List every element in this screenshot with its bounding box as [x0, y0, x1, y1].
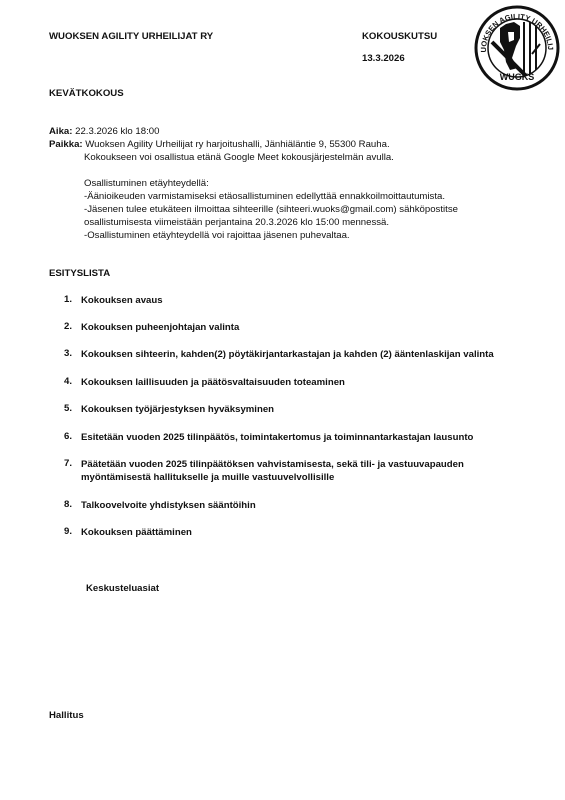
agenda-title: ESITYSLISTA: [49, 268, 110, 279]
organization-name: WUOKSEN AGILITY URHEILIJAT RY: [49, 31, 213, 42]
place-value: Wuoksen Agility Urheilijat ry harjoitush…: [83, 139, 390, 150]
agenda-item-text: Esitetään vuoden 2025 tilinpäätös, toimi…: [81, 431, 473, 444]
agenda-item-number: 2.: [64, 321, 72, 332]
remote-note: Kokoukseen voi osallistua etänä Google M…: [84, 152, 394, 163]
agenda-item-text: Kokouksen päättäminen: [81, 526, 192, 539]
agenda-item-text: Kokouksen laillisuuden ja päätösvaltaisu…: [81, 376, 345, 389]
document-date: 13.3.2026: [362, 53, 405, 64]
club-emblem-dog-icon: WUOKSEN AGILITY URHEILIJAT WUGKS: [474, 2, 560, 92]
agenda-item-number: 8.: [64, 499, 72, 510]
remote-participation-line: -Äänioikeuden varmistamiseksi etäosallis…: [84, 191, 445, 202]
agenda-item-number: 3.: [64, 348, 72, 359]
agenda-item-text: Kokouksen työjärjestyksen hyväksyminen: [81, 403, 274, 416]
agenda-item-number: 9.: [64, 526, 72, 537]
agenda-item-number: 7.: [64, 458, 72, 469]
agenda-item-number: 4.: [64, 376, 72, 387]
agenda-item-number: 1.: [64, 294, 72, 305]
agenda-item-number: 5.: [64, 403, 72, 414]
meeting-place: Paikka: Wuoksen Agility Urheilijat ry ha…: [49, 139, 390, 150]
remote-participation-line: -Jäsenen tulee etukäteen ilmoittaa sihte…: [84, 204, 458, 215]
time-value: 22.3.2026 klo 18:00: [72, 126, 159, 137]
agenda-item-text: Kokouksen sihteerin, kahden(2) pöytäkirj…: [81, 348, 494, 361]
signature: Hallitus: [49, 710, 84, 721]
remote-participation-line: -Osallistuminen etäyhteydellä voi rajoit…: [84, 230, 350, 241]
agenda-item-number: 6.: [64, 431, 72, 442]
agenda-item-text-continued: myöntämisestä hallitukselle ja muille va…: [81, 471, 334, 484]
remote-participation-title: Osallistuminen etäyhteydellä:: [84, 178, 209, 189]
svg-text:WUGKS: WUGKS: [500, 72, 535, 82]
remote-participation-line: osallistumisesta viimeistään perjantaina…: [84, 217, 389, 228]
meeting-time: Aika: 22.3.2026 klo 18:00: [49, 126, 159, 137]
agenda-item-text: Päätetään vuoden 2025 tilinpäätöksen vah…: [81, 458, 464, 471]
meeting-title: KEVÄTKOKOUS: [49, 88, 124, 99]
place-label: Paikka:: [49, 139, 83, 150]
agenda-item-text: Kokouksen puheenjohtajan valinta: [81, 321, 239, 334]
document-type: KOKOUSKUTSU: [362, 31, 437, 42]
time-label: Aika:: [49, 126, 72, 137]
agenda-item-text: Kokouksen avaus: [81, 294, 163, 307]
agenda-item-text: Talkoovelvoite yhdistyksen sääntöihin: [81, 499, 256, 512]
discussion-heading: Keskusteluasiat: [86, 583, 159, 594]
